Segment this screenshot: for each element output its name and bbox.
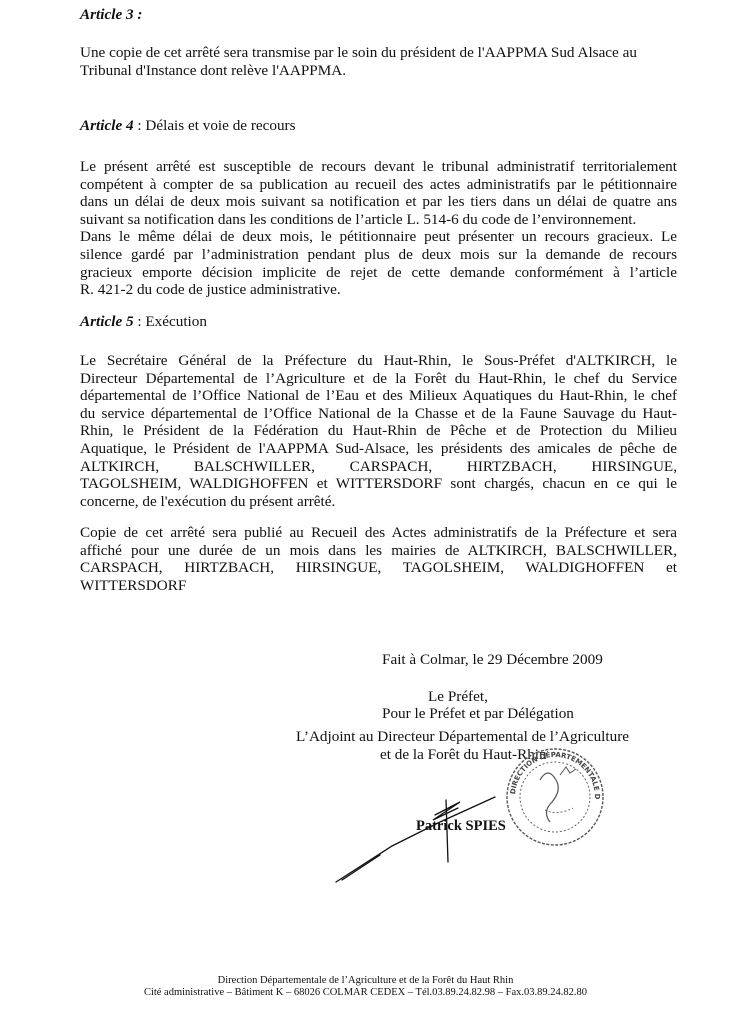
footer-address: Cité administrative – Bâtiment K – 68026… <box>0 987 731 999</box>
footer-organization: Direction Départementale de l’Agricultur… <box>0 975 731 987</box>
footer: Direction Départementale de l’Agricultur… <box>0 975 731 999</box>
svg-text:DIRECTION DÉPARTEMENTALE DE L': DIRECTION DÉPARTEMENTALE DE L'AGRICULTUR… <box>0 0 601 800</box>
document-page: Article 3 : Une copie de cet arrêté sera… <box>0 0 731 1025</box>
official-stamp-icon: DIRECTION DÉPARTEMENTALE DE L'AGRICULTUR… <box>0 0 731 1025</box>
